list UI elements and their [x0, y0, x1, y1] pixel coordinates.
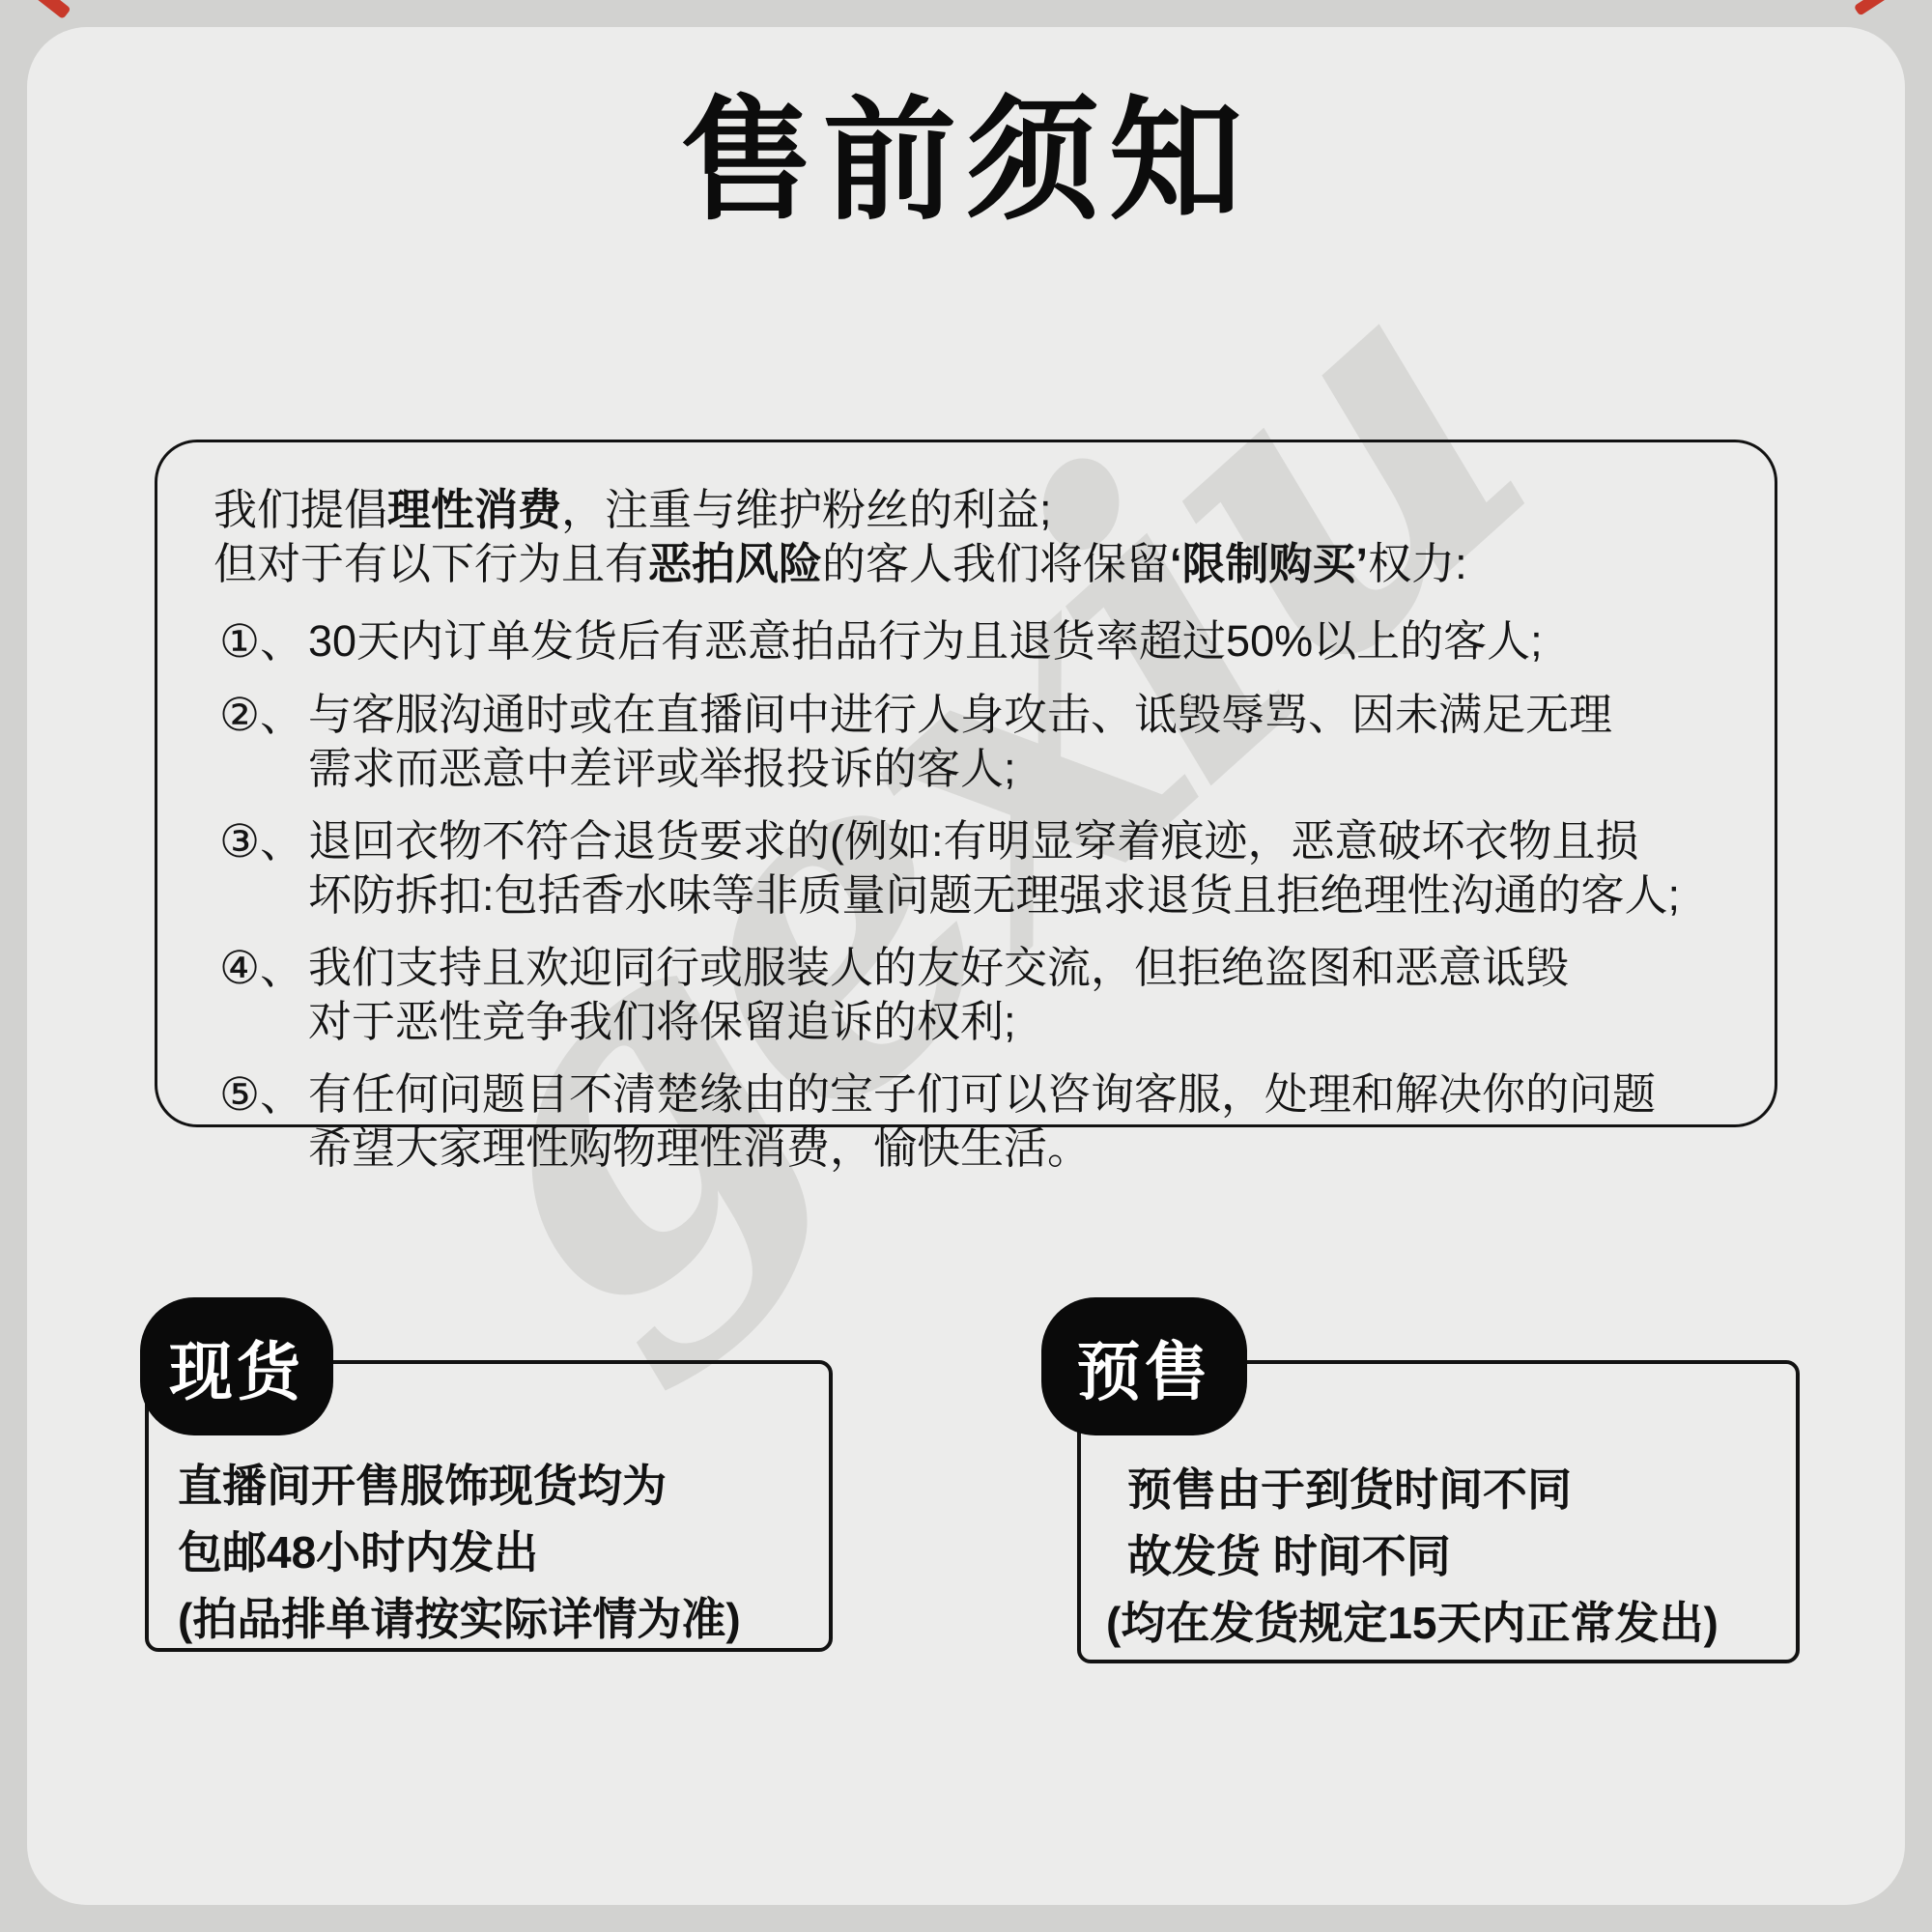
rule-3-line-2: 坏防拆扣:包括香水味等非质量问题无理强求退货且拒绝理性沟通的客人;: [308, 870, 1680, 920]
intro-line2-pre: 但对于有以下行为且有: [213, 539, 648, 588]
rule-separator: 、: [260, 1070, 303, 1120]
intro-line2-post: 权力:: [1368, 539, 1467, 588]
intro-line1-bold: 理性消费: [387, 485, 561, 534]
rule-separator: 、: [260, 617, 303, 667]
rule-item-3: ③、 退回衣物不符合退货要求的(例如:有明显穿着痕迹，恶意破坏衣物且损 坏防拆扣…: [219, 814, 1738, 923]
poster-canvas: gexiu 售前须知 我们提倡理性消费，注重与维护粉丝的利益; 但对于有以下行为…: [0, 0, 1932, 1932]
notice-intro: 我们提倡理性消费，注重与维护粉丝的利益; 但对于有以下行为且有恶拍风险的客人我们…: [213, 483, 1738, 591]
rule-item-2: ②、 与客服沟通时或在直播间中进行人身攻击、诋毁辱骂、因未满足无理 需求而恶意中…: [219, 688, 1738, 796]
presale-box-text: 预售由于到货时间不同 故发货 时间不同 (均在发货规定15天内正常发出): [1106, 1457, 1780, 1657]
intro-line2-bold1: 恶拍风险: [648, 539, 822, 588]
notice-box: 我们提倡理性消费，注重与维护粉丝的利益; 但对于有以下行为且有恶拍风险的客人我们…: [155, 440, 1777, 1127]
rule-5-line-1: 有任何问题目不清楚缘由的宝子们可以咨询客服，处理和解决你的问题: [308, 1069, 1656, 1119]
stock-line-2: 包邮48小时内发出: [178, 1520, 813, 1586]
rule-5-line-2: 希望大家理性购物理性消费，愉快生活。: [308, 1123, 1091, 1173]
rule-item-4: ④、 我们支持且欢迎同行或服装人的友好交流，但拒绝盗图和恶意诋毁 对于恶性竞争我…: [219, 941, 1738, 1049]
rule-1-line-1: 30天内订单发货后有恶意拍品行为且退货率超过50%以上的客人;: [308, 616, 1543, 666]
rule-4-line-2: 对于恶性竞争我们将保留追诉的权利;: [308, 997, 1016, 1046]
presale-label-badge: 预售: [1041, 1297, 1247, 1435]
page-title: 售前须知: [27, 54, 1905, 245]
rule-2-number: ②: [219, 689, 260, 740]
stock-box-text: 直播间开售服饰现货均为 包邮48小时内发出 (拍品排单请按实际详情为准): [178, 1453, 813, 1653]
presale-line-3: (均在发货规定15天内正常发出): [1106, 1590, 1780, 1657]
presale-line-2: 故发货 时间不同: [1106, 1523, 1780, 1590]
stock-line-1: 直播间开售服饰现货均为: [178, 1453, 813, 1520]
stock-line-3: (拍品排单请按实际详情为准): [178, 1586, 813, 1653]
rule-3-line-1: 退回衣物不符合退货要求的(例如:有明显穿着痕迹，恶意破坏衣物且损: [308, 816, 1639, 866]
rule-separator: 、: [260, 817, 303, 867]
presale-line-1: 预售由于到货时间不同: [1106, 1457, 1780, 1523]
rule-separator: 、: [260, 944, 303, 993]
rules-list: ①、 30天内订单发货后有恶意拍品行为且退货率超过50%以上的客人; ②、 与客…: [213, 614, 1738, 1176]
rule-2-line-1: 与客服沟通时或在直播间中进行人身攻击、诋毁辱骂、因未满足无理: [308, 690, 1612, 739]
rule-3-number: ③: [219, 815, 260, 867]
rule-5-number: ⑤: [219, 1068, 260, 1120]
rule-2-line-2: 需求而恶意中差评或举报投诉的客人;: [308, 744, 1016, 793]
rule-item-1: ①、 30天内订单发货后有恶意拍品行为且退货率超过50%以上的客人;: [219, 614, 1738, 669]
red-corner-mark-right: [1854, 0, 1900, 16]
intro-line1-pre: 我们提倡: [213, 485, 387, 534]
rule-separator: 、: [260, 691, 303, 740]
rule-4-number: ④: [219, 942, 260, 993]
intro-line1-post: ，注重与维护粉丝的利益;: [561, 485, 1052, 534]
rule-4-line-1: 我们支持且欢迎同行或服装人的友好交流，但拒绝盗图和恶意诋毁: [308, 943, 1569, 992]
red-corner-mark-left: [29, 0, 71, 19]
rule-item-5: ⑤、 有任何问题目不清楚缘由的宝子们可以咨询客服，处理和解决你的问题 希望大家理…: [219, 1067, 1738, 1176]
intro-line2-bold2: ‘限制购买’: [1170, 539, 1368, 588]
rule-1-number: ①: [219, 615, 260, 667]
stock-label-badge: 现货: [140, 1297, 333, 1435]
poster-card: gexiu 售前须知 我们提倡理性消费，注重与维护粉丝的利益; 但对于有以下行为…: [27, 27, 1905, 1905]
intro-line2-mid: 的客人我们将保留: [822, 539, 1170, 588]
